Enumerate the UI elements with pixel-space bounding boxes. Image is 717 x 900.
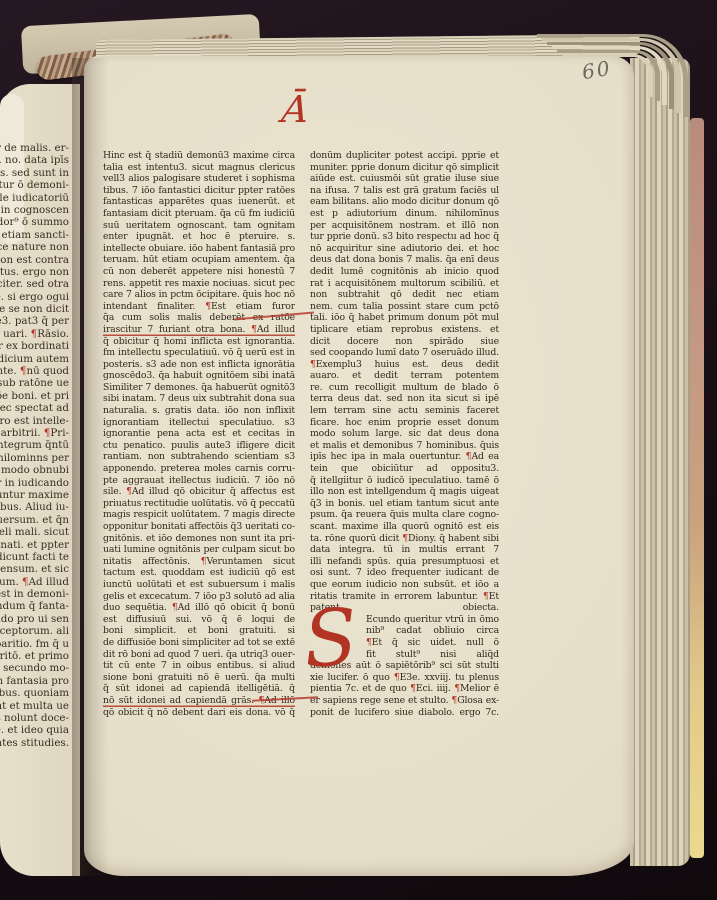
text-line: rale iudicatoriū — [0, 192, 72, 204]
text-line: apponendo. preterea moles carnis corru- — [103, 463, 295, 475]
text-line: beri arbitrii. ¶Pri- — [0, 427, 72, 439]
text-line: et malis et demonibus 7 hominibus. q̄uis — [310, 440, 499, 452]
text-line: t angeli mali. sicut — [0, 526, 72, 538]
text-line: nter in iudicando — [0, 477, 72, 489]
text-line: auaro. et dedit terram potentem fructifi… — [310, 370, 499, 382]
text-line: liquādo pro ui sen — [0, 613, 72, 625]
text-line: boni simplicit. et boni gratuiti. si loq… — [103, 625, 295, 637]
text-line: uari. ¶Rāsio. — [0, 328, 72, 340]
text-line: ratōe boni. et pri — [0, 390, 72, 402]
text-line: dit rō boni ad quod 7 ueri. q̄a utriq3 o… — [103, 649, 295, 661]
text-line: nem. cum talia possint stare cum pctō mo… — [310, 301, 499, 313]
text-line: est sub ratōne ue — [0, 377, 72, 389]
text-line: utem fantasia pro — [0, 675, 72, 687]
text-line: n uero est intelle- — [0, 415, 72, 427]
text-line: duo sequētia. ¶Ad illō qō obicit q̄ bonū — [103, 602, 295, 614]
text-line: num. ¶Ad illud — [0, 576, 72, 588]
text-line: osi sunt. 7 ideo frequenter iudicant de … — [310, 567, 499, 579]
text-line: posteris. s3 ade non est inflicta ignorā… — [103, 359, 295, 371]
text-line: donūm dupliciter potest accipi. pprie et… — [310, 150, 499, 162]
text-line: uitur ō demoni- — [0, 179, 72, 191]
text-line: tein que obiciūtur ad oppositu3. dicendu… — [310, 463, 499, 475]
text-line: terra deus dat. sed non ita sicut si ipē… — [310, 393, 499, 405]
text-line: que eorum iudicio non subsūt. et iōo a u… — [310, 579, 499, 591]
signature-mark: Ā — [280, 88, 311, 131]
text-line: est p adiutorium dinum. nihilomīnus tamē — [310, 208, 499, 220]
drop-cap-initial: S — [302, 608, 366, 674]
corner-layer — [537, 34, 688, 117]
text-line: actus. ergo non — [0, 266, 72, 278]
text-line: talia est intentu3. sicut magnus clericu… — [103, 162, 295, 174]
board-edge — [690, 118, 704, 858]
text-line: tiplicare etiam reprobus existens. et de… — [310, 324, 499, 336]
text-line: nitatis affectōnis. ¶Veruntamen sicut pr… — [103, 556, 295, 568]
text-line: gnitōnis. et iōo demones non sunt ita pr… — [103, 533, 295, 545]
text-line: ere. et ideo quia — [0, 724, 72, 736]
text-column-left: Hinc est q̄ stadiū demonū3 maxime circat… — [103, 150, 295, 718]
text-line: intendant finaliter. ¶Est etiam furor ir… — [103, 301, 295, 313]
text-line: q̄3 in bonis. uel etiam tantum sicut ant… — [310, 498, 499, 510]
text-line: Hinc est q̄ stadiū demonū3 maxime circa — [103, 150, 295, 162]
text-line: re. cum recolligit multum de blado ō bon… — [310, 382, 499, 394]
text-line: sile. ¶Ad illud qō obicitur q̄ affectus … — [103, 486, 295, 498]
text-line: ctu penatico. puulis aute3 ifligere dici… — [103, 440, 295, 452]
text-line: ine. si ergo ogui — [0, 291, 72, 303]
text-line: iui. no. data ipīs — [0, 154, 72, 166]
text-line: es sint et multa ue — [0, 700, 72, 712]
text-line: m non est contra — [0, 254, 72, 266]
text-line: fm intellectu speculatiuū. vō q̄ uerū es… — [103, 347, 295, 359]
text-line: nihilominns per — [0, 452, 72, 464]
text-line: ante. ¶nū quod — [0, 365, 72, 377]
text-line: q̄ sūt idonei ad capiendā itelligētiā. q… — [103, 683, 295, 695]
text-line: sione boni gratuiti nō ē uerū. q̄a multi… — [103, 672, 295, 684]
text-line: alios nolunt doce- — [0, 712, 72, 724]
text-line: tactum est. quoddam est iudiciū qō est c… — [103, 567, 295, 579]
text-line: fantasiam dicit pteruam. q̄a cū fm iudic… — [103, 208, 295, 220]
text-line: irascitur 7 furiant otra bona. ¶Ad illud — [103, 324, 295, 336]
text-line: dicit docere non spirādo siue infundendo… — [310, 336, 499, 348]
text-line: subuersum. et q̄n — [0, 514, 72, 526]
text-line: non subtrahit qō dedit nec etiam oseruat… — [310, 289, 499, 301]
text-line: ta. rōne quorū dicit ¶Diony. q̄ habent s… — [310, 533, 499, 545]
text-line: naturalia. s. gratis data. iōo non infli… — [103, 405, 295, 417]
text-line: quo modo obnubi — [0, 464, 72, 476]
text-line: per acquisitōnem nostram. et illō non di… — [310, 220, 499, 232]
text-line: em. dicunt facti te — [0, 551, 72, 563]
text-line: na ifusa. 7 talis est grā gratum faciēs … — [310, 185, 499, 197]
text-line: aperitō. et primo — [0, 650, 72, 662]
text-line: ponit de lucifero siue diabolo. ergo 7c. — [310, 707, 499, 719]
text-line: tali. iōo q̄ habet primum donum pōt mul — [310, 312, 499, 324]
text-line: . Judicium autem — [0, 353, 72, 365]
text-line: opponitur bonitati affectōis q̄3 ueritat… — [103, 521, 295, 533]
text-line: q̄a cum solis malis deberēt ex ratōe ira… — [103, 312, 295, 324]
text-line: muniter. pprie donum dicitur qō simplici… — [310, 162, 499, 174]
text-line: cū non deberēt appetere nisi honestū 7 o… — [103, 266, 295, 278]
text-line: at integrum q̄ntū — [0, 439, 72, 451]
text-line: psum. q̄a reuera q̄uis multa clare cogno… — [310, 509, 499, 521]
text-line: tur de malis. er- — [0, 142, 72, 154]
text-line: onibus. quoniam — [0, 687, 72, 699]
text-line: apparitio. fm q̄ u — [0, 638, 72, 650]
text-line: aiūde est. cuiusmōi sūt gratie iluse siu… — [310, 173, 499, 185]
text-line: ¶Exemplu3 huius est. deus dedit frumentū — [310, 359, 499, 371]
text-line: lem terram sine actu seminis faceret fru… — [310, 405, 499, 417]
text-line: enter ipugnāt. et hoc ē pteruire. s. uer… — [103, 231, 295, 243]
text-line: . q̄ est in demoni- — [0, 588, 72, 600]
text-line: q̄ itellgiitur ō iudicō ipeculatiuo. tam… — [310, 475, 499, 487]
text-line: ignorantiam itellectui speculatiuo. s3 t… — [103, 417, 295, 429]
text-line: intellecte obuiare. iōo habent fantasiā … — [103, 243, 295, 255]
text-line: magis respicit uolūtatem. 7 magis direct… — [103, 509, 295, 521]
text-line: ui. nec spectat ad — [0, 402, 72, 414]
text-line: suū ueritatem ognoscant. tam ognitam sci — [103, 220, 295, 232]
text-line: iunctū uolūtati et est subuersum i malis… — [103, 579, 295, 591]
text-line: est diffusiuū sui. vō q̄ ē loqui de diff… — [103, 614, 295, 626]
text-line: tibus. 7 iōo fantastici dicitur ppter ra… — [103, 185, 295, 197]
text-line: q̄ obicitur q̄ homi inflicta est ignoran… — [103, 336, 295, 348]
text-line: fantasticas apparētes quas iuenerūt. et … — [103, 196, 295, 208]
text-line: Similiter 7 demones. q̄a habuerūt ognitō… — [103, 382, 295, 394]
text-line: arentes stitudies. — [0, 737, 72, 749]
text-line: lice nature non — [0, 241, 72, 253]
text-line: er sapiens rege sene et stulto. ¶Glosa e… — [310, 695, 499, 707]
photo-background: tur de malis. er-iui. no. data ipīsinis.… — [0, 0, 717, 900]
text-line: dedit lumē cognitōnis ab inicio quod pot… — [310, 266, 499, 278]
text-line: uati lumine ognitōnis per culpam sicut b… — [103, 544, 295, 556]
text-line: gelis et excecatum. 7 iōo p3 solutō ad a… — [103, 591, 295, 603]
text-line: sed coopando lumī dato 7 oseruādo illud. — [310, 347, 499, 359]
text-line: um sensum. et sic — [0, 563, 72, 575]
text-line: care 7 alios in pctm ōcipitare. q̄uis ho… — [103, 289, 295, 301]
text-column-right: S donūm dupliciter potest accipi. pprie … — [310, 150, 499, 718]
text-line: m receptorum. ali — [0, 625, 72, 637]
text-line: inis. sed sunt in — [0, 167, 72, 179]
text-line: de diffusiōe boni simpliciter ad tot se … — [103, 637, 295, 649]
text-line: igi in cognoscen — [0, 204, 72, 216]
text-line: entibus. Aliud iu- — [0, 501, 72, 513]
text-line: geli etiam sancti- — [0, 229, 72, 241]
text-line: ine3. pat3 q̄ per — [0, 315, 72, 327]
text-line: sidor⁹ ō summo — [0, 216, 72, 228]
text-line: ipīs hec ipa in mala ouertuntur. ¶Ad ea … — [310, 451, 499, 463]
text-line: nō acquiritur sine adiutorio dei. et hoc… — [310, 243, 499, 255]
text-line: priuatus rectitudie uolūtatis. vō q̄ pec… — [103, 498, 295, 510]
text-line: qō obicit q̄ nō debent dari eis dona. vō… — [103, 707, 295, 719]
text-line: ficare. hoc enim proprie esset donum pri… — [310, 417, 499, 429]
text-line: icendum q̄ fanta- — [0, 600, 72, 612]
text-line: scant. maxime illa quorū ognitō est eis … — [310, 521, 499, 533]
text-line: cipiuntur maxime — [0, 489, 72, 501]
text-line: pte aggrauat itellectus iudiciū. 7 iōo n… — [103, 475, 295, 487]
text-line: pliciter. sed otra — [0, 278, 72, 290]
text-line: illo non est intellgendum q̄ magis uigea… — [310, 486, 499, 498]
text-line: sibi inatam. 7 deus uix subtrahit dona s… — [103, 393, 295, 405]
under-page-text: tur de malis. er-iui. no. data ipīsinis.… — [0, 142, 72, 758]
text-line: data integra. tū in multis errant 7 fall… — [310, 544, 499, 556]
text-line: rantiam. non subtrahendo scientiam s3 no… — [103, 451, 295, 463]
text-line: rat i acquisitōnem multorum scibiliū. et… — [310, 278, 499, 290]
text-line: tūr ex bordinati — [0, 340, 72, 352]
text-line: obstinati. et ppter — [0, 539, 72, 551]
text-line: deus dat dona bonis 7 malis. q̄a enī deu… — [310, 254, 499, 266]
main-page: 60 Ā Hinc est q̄ stadiū demonū3 maxime c… — [84, 56, 634, 876]
text-line: rens. appetit res maxie nociuas. sicut p… — [103, 278, 295, 290]
text-line: vell3 alios palogisare studeret i sophis… — [103, 173, 295, 185]
text-line: gnoscēdo3. q̄a habuit ognitōem sibi inat… — [103, 370, 295, 382]
fore-edge-stack — [630, 58, 690, 866]
text-line: pientia 7c. et de quo ¶Eci. iiij. ¶Melio… — [310, 683, 499, 695]
text-line: eam bilitans. alio modo dicitur donum qō — [310, 196, 499, 208]
text-line: teruam. hūt etiam ocupiam amentem. q̄a — [103, 254, 295, 266]
text-line: ignorantie pena acta est et cecitas in i… — [103, 428, 295, 440]
text-line: modo solum large. sic dat deus dona boni… — [310, 428, 499, 440]
text-line: tit cū ente 7 in oibus entibus. si aliud… — [103, 660, 295, 672]
text-line: ibus. secundo mo- — [0, 662, 72, 674]
text-line: est de se non dicit — [0, 303, 72, 315]
text-line: illi nefandi spūs. quia presumptuosi et … — [310, 556, 499, 568]
text-line: tur pprie donū. s3 bito respectu ad hoc … — [310, 231, 499, 243]
